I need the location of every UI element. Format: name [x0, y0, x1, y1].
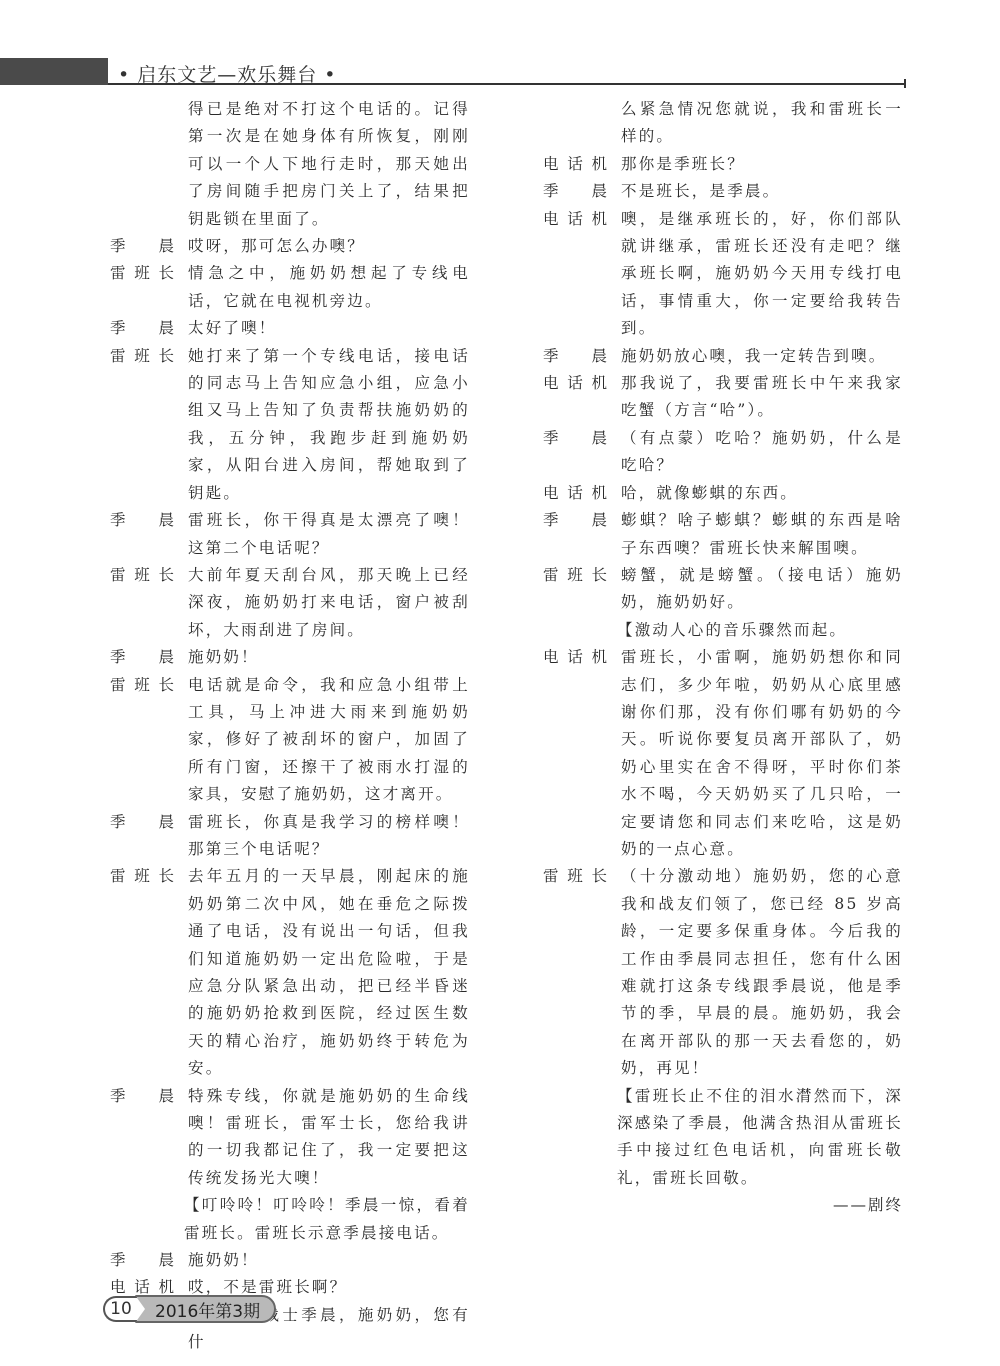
- stage-direction: 【叮呤呤！叮呤呤！季晨一惊，看着雷班长。雷班长示意季晨接电话。: [184, 1192, 470, 1247]
- dialogue-text: （有点蒙）吃哈？施奶奶，什么是吃哈？: [621, 425, 903, 480]
- speaker-char: 晨: [158, 1083, 176, 1193]
- speaker-char: 电: [543, 480, 561, 507]
- dialogue-line: 电话机那我说了，我要雷班长中午来我家吃蟹（方言“哈”）。: [543, 370, 903, 425]
- dialogue-text: 雷班长，你真是我学习的榜样噢！那第三个电话呢？: [188, 809, 470, 864]
- speaker-name: 季晨: [110, 507, 188, 562]
- speaker-char: 雷: [110, 260, 128, 315]
- dialogue-text: 电话就是命令，我和应急小组带上工具，马上冲进大雨来到施奶奶家，修好了被刮坏的窗户…: [188, 672, 470, 809]
- dialogue-line: 季晨蟛蜞？啥子蟛蜞？蟛蜞的东西是啥子东西噢？雷班长快来解围噢。: [543, 507, 903, 562]
- speaker-char: 机: [591, 151, 609, 178]
- speaker-name: 季晨: [543, 343, 621, 370]
- speaker-char: 机: [591, 480, 609, 507]
- speaker-name: 雷班长: [110, 562, 188, 644]
- speaker-char: 季: [110, 507, 128, 562]
- speaker-char: 季: [110, 1083, 128, 1193]
- speaker-char: 机: [591, 370, 609, 425]
- speaker-name: 雷班长: [110, 343, 188, 507]
- header-rule: [108, 83, 906, 85]
- speaker-char: 班: [134, 672, 152, 809]
- dialogue-line: 季晨不是班长，是季晨。: [543, 178, 903, 205]
- dialogue-line: 季晨（有点蒙）吃哈？施奶奶，什么是吃哈？: [543, 425, 903, 480]
- dialogue-line: 季晨雷班长，你干得真是太漂亮了噢！这第二个电话呢？: [110, 507, 470, 562]
- speaker-char: 季: [543, 425, 561, 480]
- dialogue-line: 季晨特殊专线，你就是施奶奶的生命线噢！雷班长，雷军士长，您给我讲的一切我都记住了…: [110, 1083, 470, 1193]
- speaker-char: 机: [591, 206, 609, 343]
- speaker-char: 话: [567, 370, 585, 425]
- speaker-name: 雷班长: [543, 562, 621, 617]
- speaker-char: 季: [110, 315, 128, 342]
- dialogue-text: 雷班长，小雷啊，施奶奶想你和同志们，多少年啦，奶奶从心底里感谢你们那，没有你们哪…: [621, 644, 903, 863]
- speaker-char: 季: [110, 809, 128, 864]
- dialogue-line: 雷班长电话就是命令，我和应急小组带上工具，马上冲进大雨来到施奶奶家，修好了被刮坏…: [110, 672, 470, 809]
- speaker-char: 长: [158, 863, 176, 1082]
- speaker-char: 班: [134, 562, 152, 644]
- speaker-name: 电话机: [543, 206, 621, 343]
- dialogue-text: 施奶奶！: [188, 644, 470, 671]
- speaker-name: 季晨: [110, 1083, 188, 1193]
- continued-text: 得已是绝对不打这个电话的。记得第一次是在她身体有所恢复，刚刚可以一个人下地行走时…: [188, 96, 470, 233]
- dialogue-text: 噢，是继承班长的，好，你们部队就讲继承，雷班长还没有走吧？继承班长啊，施奶奶今天…: [621, 206, 903, 343]
- dialogue-text: 施奶奶！: [188, 1247, 470, 1274]
- speaker-char: 话: [567, 480, 585, 507]
- stage-direction: 【激动人心的音乐骤然而起。: [617, 617, 903, 644]
- page-number: 10: [103, 1296, 137, 1322]
- dialogue-line: 电话机那你是季班长？: [543, 151, 903, 178]
- speaker-char: 话: [567, 644, 585, 863]
- stage-direction: 【雷班长止不住的泪水潸然而下，深深感染了季晨，他满含热泪从雷班长手中接过红色电话…: [617, 1083, 903, 1193]
- speaker-name: 雷班长: [110, 672, 188, 809]
- continued-text: 么紧急情况您就说，我和雷班长一样的。: [621, 96, 903, 151]
- speaker-char: 晨: [158, 644, 176, 671]
- speaker-char: 班: [134, 343, 152, 507]
- speaker-char: 晨: [591, 507, 609, 562]
- dialogue-text: 那你是季班长？: [621, 151, 903, 178]
- speaker-char: 季: [543, 507, 561, 562]
- speaker-name: 雷班长: [110, 863, 188, 1082]
- dialogue-text: 不是班长，是季晨。: [621, 178, 903, 205]
- dialogue-line: 季晨施奶奶！: [110, 644, 470, 671]
- dialogue-line: 雷班长螃蟹，就是螃蟹。（接电话）施奶奶，施奶奶好。: [543, 562, 903, 617]
- left-column: 得已是绝对不打这个电话的。记得第一次是在她身体有所恢复，刚刚可以一个人下地行走时…: [110, 96, 470, 1357]
- speaker-char: 晨: [158, 233, 176, 260]
- speaker-name: 雷班长: [543, 863, 621, 1082]
- speaker-char: 班: [134, 260, 152, 315]
- speaker-char: 长: [591, 562, 609, 617]
- speaker-char: 机: [591, 644, 609, 863]
- speaker-char: 晨: [158, 809, 176, 864]
- end-mark: ——剧终: [543, 1192, 903, 1219]
- speaker-name: 季晨: [543, 425, 621, 480]
- dialogue-line: 雷班长去年五月的一天早晨，刚起床的施奶奶第二次中风，她在垂危之际拨通了电话，没有…: [110, 863, 470, 1082]
- page-footer: 10 2016年第3期: [103, 1295, 276, 1323]
- dialogue-text: 情急之中，施奶奶想起了专线电话，它就在电视机旁边。: [188, 260, 470, 315]
- dialogue-text: （十分激动地）施奶奶，您的心意我和战友们领了，您已经 85 岁高龄，一定要多保重…: [621, 863, 903, 1082]
- dialogue-text: 特殊专线，你就是施奶奶的生命线噢！雷班长，雷军士长，您给我讲的一切我都记住了，我…: [188, 1083, 470, 1193]
- dialogue-text: 雷班长，你干得真是太漂亮了噢！这第二个电话呢？: [188, 507, 470, 562]
- speaker-char: 长: [158, 260, 176, 315]
- speaker-name: 电话机: [543, 370, 621, 425]
- dialogue-text: 去年五月的一天早晨，刚起床的施奶奶第二次中风，她在垂危之际拨通了电话，没有说出一…: [188, 863, 470, 1082]
- speaker-char: 电: [543, 151, 561, 178]
- dialogue-line: 电话机雷班长，小雷啊，施奶奶想你和同志们，多少年啦，奶奶从心底里感谢你们那，没有…: [543, 644, 903, 863]
- speaker-char: 雷: [110, 863, 128, 1082]
- dialogue-line: 电话机噢，是继承班长的，好，你们部队就讲继承，雷班长还没有走吧？继承班长啊，施奶…: [543, 206, 903, 343]
- speaker-char: 班: [567, 863, 585, 1082]
- speaker-char: 季: [543, 343, 561, 370]
- right-column: 么紧急情况您就说，我和雷班长一样的。电话机那你是季班长？季晨不是班长，是季晨。电…: [543, 96, 903, 1220]
- dialogue-line: 雷班长情急之中，施奶奶想起了专线电话，它就在电视机旁边。: [110, 260, 470, 315]
- dialogue-text: 哎呀，那可怎么办噢？: [188, 233, 470, 260]
- issue-label: 2016年第3期: [135, 1295, 276, 1323]
- dialogue-line: 雷班长她打来了第一个专线电话，接电话的同志马上告知应急小组，应急小组又马上告知了…: [110, 343, 470, 507]
- dialogue-line: 电话机哈，就像蟛蜞的东西。: [543, 480, 903, 507]
- speaker-char: 电: [543, 206, 561, 343]
- dialogue-text: 大前年夏天刮台风，那天晚上已经深夜，施奶奶打来电话，窗户被刮坏，大雨刮进了房间。: [188, 562, 470, 644]
- speaker-char: 季: [110, 233, 128, 260]
- speaker-name: 电话机: [543, 480, 621, 507]
- speaker-char: 长: [158, 343, 176, 507]
- speaker-char: 晨: [591, 178, 609, 205]
- speaker-char: 季: [110, 644, 128, 671]
- dialogue-text: 施奶奶放心噢，我一定转告到噢。: [621, 343, 903, 370]
- dialogue-line: 雷班长大前年夏天刮台风，那天晚上已经深夜，施奶奶打来电话，窗户被刮坏，大雨刮进了…: [110, 562, 470, 644]
- dialogue-line: 季晨雷班长，你真是我学习的榜样噢！那第三个电话呢？: [110, 809, 470, 864]
- speaker-char: 雷: [110, 343, 128, 507]
- speaker-name: 电话机: [543, 644, 621, 863]
- speaker-name: 季晨: [110, 315, 188, 342]
- dialogue-text: 那我说了，我要雷班长中午来我家吃蟹（方言“哈”）。: [621, 370, 903, 425]
- speaker-char: 季: [110, 1247, 128, 1274]
- speaker-char: 晨: [591, 343, 609, 370]
- dialogue-line: 季晨太好了噢！: [110, 315, 470, 342]
- speaker-char: 晨: [158, 315, 176, 342]
- speaker-char: 晨: [591, 425, 609, 480]
- dialogue-line: 季晨施奶奶放心噢，我一定转告到噢。: [543, 343, 903, 370]
- speaker-char: 电: [543, 370, 561, 425]
- speaker-name: 季晨: [110, 233, 188, 260]
- speaker-name: 季晨: [543, 178, 621, 205]
- dialogue-line: 季晨哎呀，那可怎么办噢？: [110, 233, 470, 260]
- dialogue-text: 蟛蜞？啥子蟛蜞？蟛蜞的东西是啥子东西噢？雷班长快来解围噢。: [621, 507, 903, 562]
- speaker-char: 晨: [158, 1247, 176, 1274]
- speaker-char: 雷: [110, 562, 128, 644]
- dialogue-text: 她打来了第一个专线电话，接电话的同志马上告知应急小组，应急小组又马上告知了负责帮…: [188, 343, 470, 507]
- dialogue-text: 太好了噢！: [188, 315, 470, 342]
- speaker-name: 雷班长: [110, 260, 188, 315]
- header-rule-end: [904, 79, 906, 88]
- speaker-char: 雷: [543, 562, 561, 617]
- speaker-char: 班: [567, 562, 585, 617]
- speaker-char: 雷: [543, 863, 561, 1082]
- speaker-char: 季: [543, 178, 561, 205]
- speaker-char: 晨: [158, 507, 176, 562]
- speaker-name: 季晨: [110, 1247, 188, 1274]
- dialogue-text: 螃蟹，就是螃蟹。（接电话）施奶奶，施奶奶好。: [621, 562, 903, 617]
- speaker-char: 长: [591, 863, 609, 1082]
- speaker-char: 电: [543, 644, 561, 863]
- speaker-name: 电话机: [543, 151, 621, 178]
- dialogue-line: 季晨施奶奶！: [110, 1247, 470, 1274]
- speaker-name: 季晨: [110, 644, 188, 671]
- dialogue-text: 哈，就像蟛蜞的东西。: [621, 480, 903, 507]
- speaker-char: 长: [158, 672, 176, 809]
- speaker-char: 雷: [110, 672, 128, 809]
- speaker-char: 班: [134, 863, 152, 1082]
- speaker-char: 话: [567, 151, 585, 178]
- dialogue-line: 雷班长（十分激动地）施奶奶，您的心意我和战友们领了，您已经 85 岁高龄，一定要…: [543, 863, 903, 1082]
- speaker-name: 季晨: [110, 809, 188, 864]
- speaker-char: 长: [158, 562, 176, 644]
- header-bar: [0, 58, 108, 85]
- speaker-char: 话: [567, 206, 585, 343]
- speaker-name: 季晨: [543, 507, 621, 562]
